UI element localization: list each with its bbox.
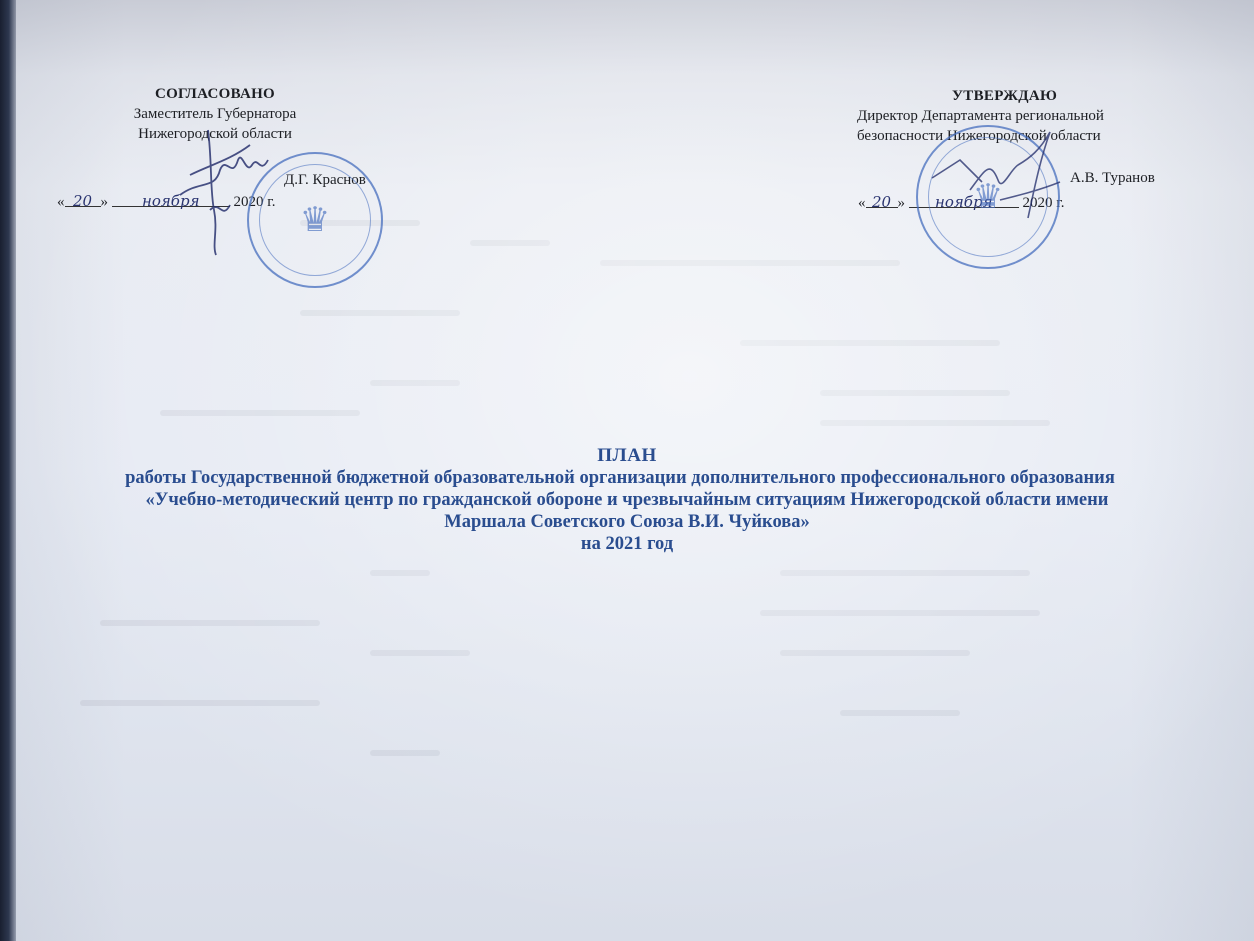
right-approval-heading: УТВЕРЖДАЮ [857,86,1187,106]
right-date-day: 20 [872,193,891,211]
plan-title-line4: на 2021 год [0,533,1254,555]
plan-heading: ПЛАН [0,445,1254,467]
right-date-day-field: 20 [866,193,898,208]
right-signatory-name: А.В. Туранов [1070,170,1155,187]
plan-title-block: ПЛАН работы Государственной бюджетной об… [0,445,1254,555]
left-date-month: ноября [142,192,200,210]
left-approval-heading: СОГЛАСОВАНО [95,84,335,104]
plan-title-line2: «Учебно-методический центр по гражданско… [0,489,1254,511]
left-date-month-field: ноября [112,192,230,207]
left-date-open-quote: « [57,194,65,210]
left-official-seal: ♛ [247,152,383,288]
left-approval-position-line2: Нижегородской области [95,124,335,144]
left-approval-block: СОГЛАСОВАНО Заместитель Губернатора Ниже… [95,84,335,144]
left-approval-position-line1: Заместитель Губернатора [95,104,335,124]
right-date-close-quote: » [898,195,906,211]
left-date-day-field: 20 [65,192,101,207]
right-date-open-quote: « [858,195,866,211]
left-date-day: 20 [73,192,92,210]
right-approval-position-line1: Директор Департамента региональной [857,106,1187,126]
right-official-seal: ♛ [916,125,1060,269]
coat-of-arms-icon: ♛ [300,200,330,240]
plan-title-line3: Маршала Советского Союза В.И. Чуйкова» [0,511,1254,533]
coat-of-arms-icon: ♛ [973,177,1003,217]
plan-title-line1: работы Государственной бюджетной образов… [0,467,1254,489]
left-date-close-quote: » [101,194,109,210]
left-approval-date: «20» ноября 2020 г. [57,192,275,211]
